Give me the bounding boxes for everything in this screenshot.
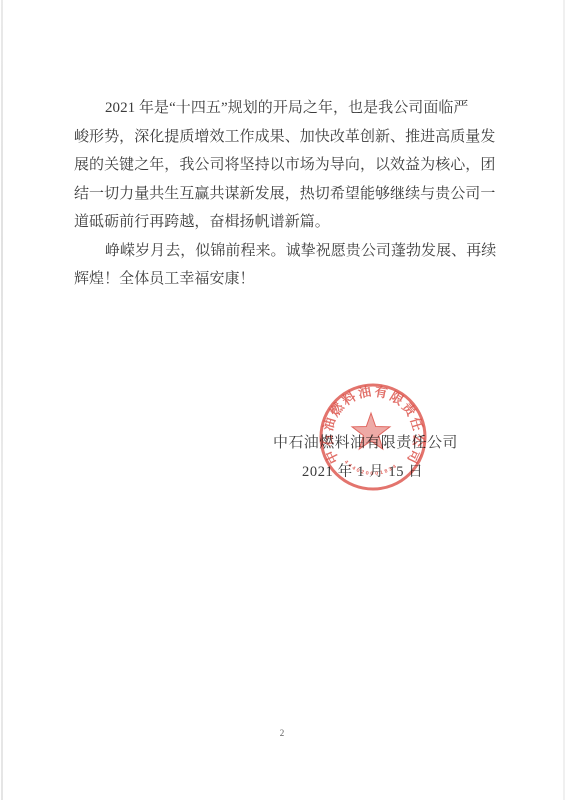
letter-body: 2021 年是“十四五”规划的开局之年，也是我公司面临严 峻形势，深化提质增效工…	[74, 94, 498, 294]
body-line: 辉煌！全体员工幸福安康！	[74, 265, 498, 294]
scanned-letter-page: 2021 年是“十四五”规划的开局之年，也是我公司面临严 峻形势，深化提质增效工…	[0, 0, 565, 800]
body-line: 峥嵘岁月去，似锦前程来。诚挚祝愿贵公司蓬勃发展、再续	[74, 237, 498, 266]
body-line: 结一切力量共生互赢共谋新发展，热切希望能够继续与贵公司一	[74, 180, 498, 209]
company-seal-stamp: 中石油燃料油有限责任公司 444020001834	[317, 380, 429, 496]
body-line: 展的关键之年，我公司将坚持以市场为导向，以效益为核心，团	[74, 151, 498, 180]
seal-serial-number: 444020001834	[343, 459, 398, 477]
star-icon	[352, 413, 390, 449]
body-line: 道砥砺前行再跨越，奋楫扬帆谱新篇。	[74, 208, 498, 237]
page-left-edge	[1, 0, 3, 800]
body-line: 2021 年是“十四五”规划的开局之年，也是我公司面临严	[74, 94, 498, 123]
svg-text:444020001834: 444020001834	[343, 459, 398, 477]
page-number: 2	[0, 728, 565, 738]
body-line: 峻形势，深化提质增效工作成果、加快改革创新、推进高质量发	[74, 123, 498, 152]
